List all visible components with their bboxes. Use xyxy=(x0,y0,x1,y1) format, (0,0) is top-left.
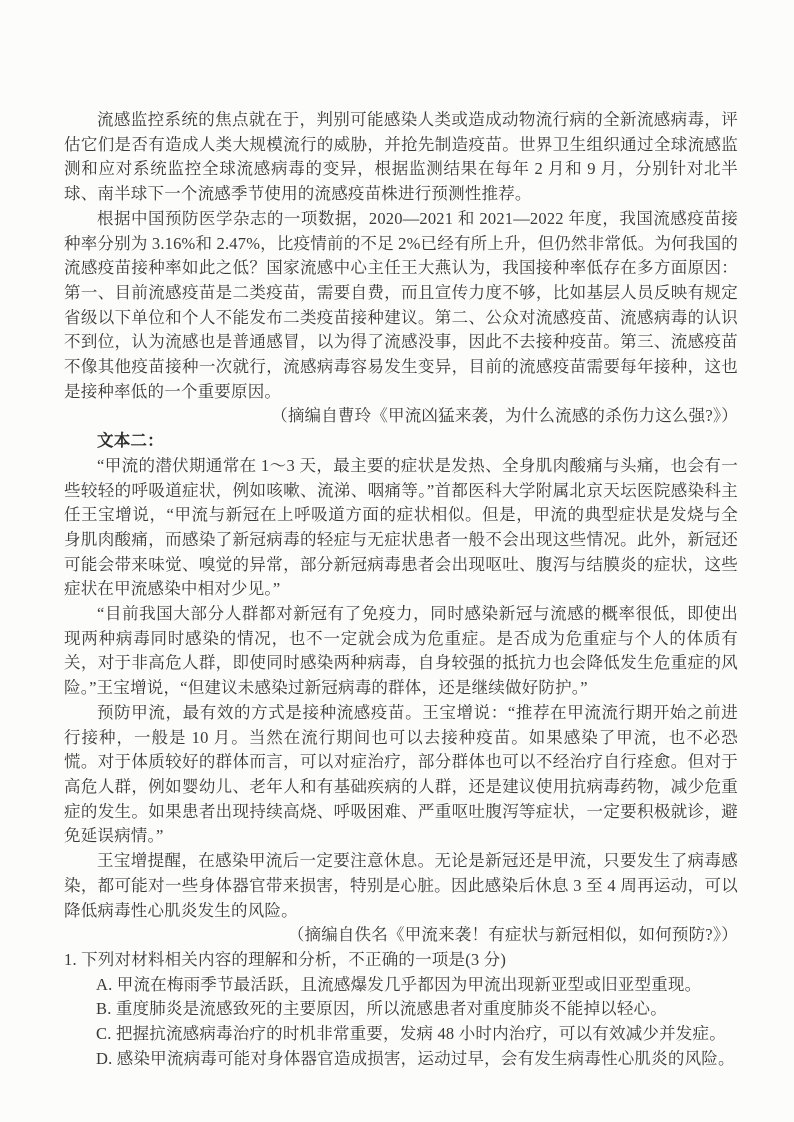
question-1-option-c: C. 把握抗流感病毒治疗的时机非常重要，发病 48 小时内治疗，可以有效减少并发… xyxy=(64,1022,738,1047)
text-one-paragraph-monitoring: 流感监控系统的焦点就在于，判别可能感染人类或造成动物流行病的全新流感病毒，评估它… xyxy=(64,108,738,207)
text-one-source-citation: （摘编自曹玲《甲流凶猛来袭，为什么流感的杀伤力这么强?》） xyxy=(64,404,738,429)
text-two-paragraph-symptoms: “甲流的潜伏期通常在 1～3 天，最主要的症状是发热、全身肌肉酸痛与头痛，也会有… xyxy=(64,454,738,602)
question-1-stem: 1. 下列对材料相关内容的理解和分析，不正确的一项是(3 分) xyxy=(64,948,738,973)
text-two-paragraph-coinfection: “目前我国大部分人群都对新冠有了免疫力，同时感染新冠与流感的概率很低，即使出现两… xyxy=(64,602,738,701)
text-two-paragraph-rest-advice: 王宝增提醒，在感染甲流后一定要注意休息。无论是新冠还是甲流，只要发生了病毒感染，… xyxy=(64,849,738,923)
text-two-paragraph-prevention: 预防甲流，最有效的方式是接种流感疫苗。王宝增说：“推荐在甲流流行期开始之前进行接… xyxy=(64,701,738,849)
question-1-option-b: B. 重度肺炎是流感致死的主要原因，所以流感患者对重度肺炎不能掉以轻心。 xyxy=(64,997,738,1022)
text-one-paragraph-vaccination-rate: 根据中国预防医学杂志的一项数据，2020—2021 和 2021—2022 年度… xyxy=(64,207,738,405)
text-two-section-label: 文本二： xyxy=(64,429,738,454)
reading-passage-content: 流感监控系统的焦点就在于，判别可能感染人类或造成动物流行病的全新流感病毒，评估它… xyxy=(64,108,738,1071)
question-1-option-d: D. 感染甲流病毒可能对身体器官造成损害，运动过早，会有发生病毒性心肌炎的风险。 xyxy=(64,1047,738,1072)
scanned-exam-page: 流感监控系统的焦点就在于，判别可能感染人类或造成动物流行病的全新流感病毒，评估它… xyxy=(0,0,794,1122)
question-1-option-a: A. 甲流在梅雨季节最活跃，且流感爆发几乎都因为甲流出现新亚型或旧亚型重现。 xyxy=(64,973,738,998)
text-two-source-citation: （摘编自佚名《甲流来袭！有症状与新冠相似，如何预防?》） xyxy=(64,923,738,948)
